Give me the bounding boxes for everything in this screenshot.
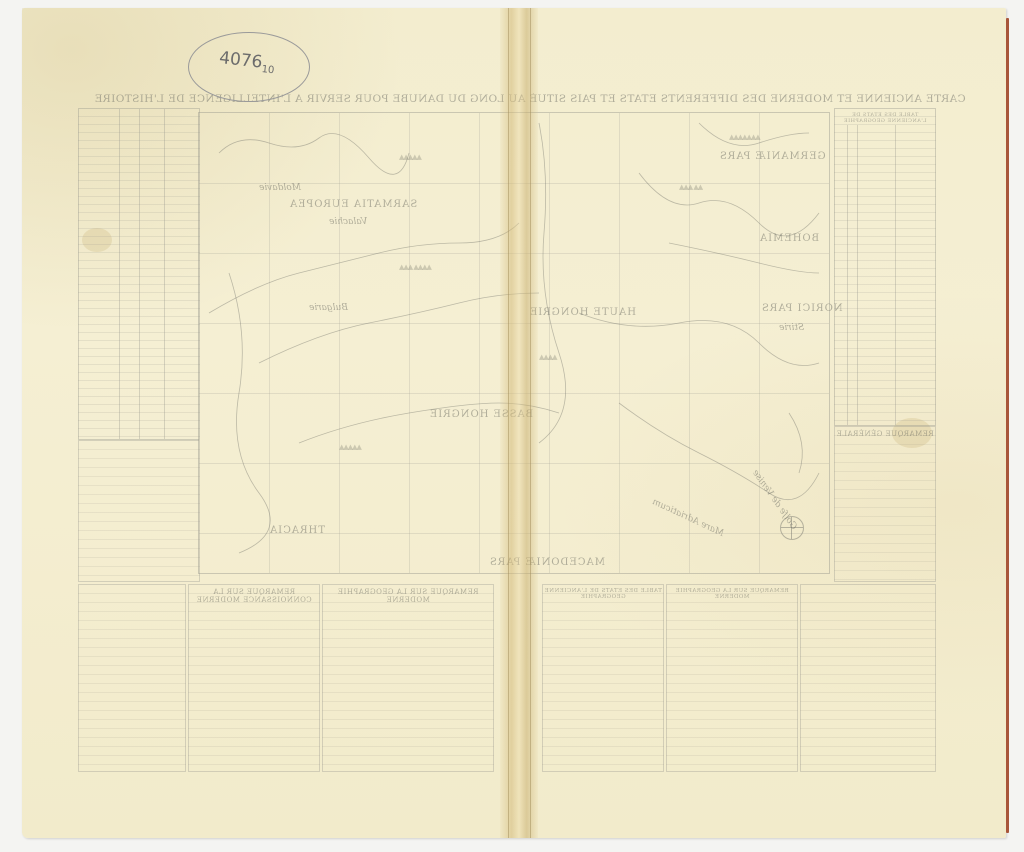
block-heading: TABLE DES ETATS DE L'ANCIENNE GEOGRAPHIE [543,588,663,600]
right-index-table: TABLE DES ETATS DE L'ANCIENNE GEOGRAPHIE [834,108,936,426]
annotation-subscript: 10 [261,64,275,76]
mountain-symbols: ▲▲▲▲▲▲▲ [729,133,760,141]
region-label: Valachie [329,217,367,227]
mountain-symbols: ▲▲▲▲▲ [399,153,421,161]
region-label: GERMANIÆ PARS [719,151,826,162]
bottom-text-block [800,584,936,772]
bottom-text-block: REMARQUE SUR LA GEOGRAPHIE MODERNE [322,584,494,772]
block-heading: REMARQUE SUR LA GEOGRAPHIE MODERNE [323,588,493,604]
region-label: THRACIA [269,525,325,536]
region-label: Bulgarie [309,303,348,313]
bottom-text-block: REMARQUE SUR LA GEOGRAPHIE MODERNE [666,584,798,772]
region-label: Moldavie [259,183,301,193]
right-remark-block: REMARQUE GÉNÉRALE [834,426,936,582]
region-label: HAUTE HONGRIE [529,307,636,318]
annotation-number: 4076 [218,48,263,72]
mountain-symbols: ▲▲▲▲▲ [339,443,361,451]
block-heading: REMARQUE SUR LA GEOGRAPHIE MODERNE [667,588,797,600]
pencil-annotation: 407610 [188,32,310,102]
compass-rose-icon [780,516,804,540]
block-heading: REMARQUE SUR LA CONNOISSANCE MODERNE [189,588,319,604]
right-remark-head: REMARQUE GÉNÉRALE [835,430,935,438]
left-remark-block [78,440,200,582]
map-sheet: CARTE ANCIENNE ET MODERNE DES DIFFERENTS… [22,8,1006,838]
bottom-text-block [78,584,186,772]
bottom-text-block: REMARQUE SUR LA CONNOISSANCE MODERNE [188,584,320,772]
region-label: Stirie [779,323,804,333]
mountain-symbols: ▲▲▲▲ [539,353,557,361]
center-fold [500,8,538,838]
region-label: SARMATIA EUROPEA [289,199,417,210]
right-table-head: TABLE DES ETATS DE L'ANCIENNE GEOGRAPHIE [835,112,935,124]
left-index-table [78,108,200,440]
region-label: NORICI PARS [761,303,843,314]
sheet-red-edge [1006,18,1009,833]
mountain-symbols: ▲▲▲ ▲▲▲▲ [399,263,431,271]
region-label: BOHEMIA [759,233,819,244]
bottom-text-block: TABLE DES ETATS DE L'ANCIENNE GEOGRAPHIE [542,584,664,772]
mountain-symbols: ▲▲▲ ▲▲ [679,183,702,191]
